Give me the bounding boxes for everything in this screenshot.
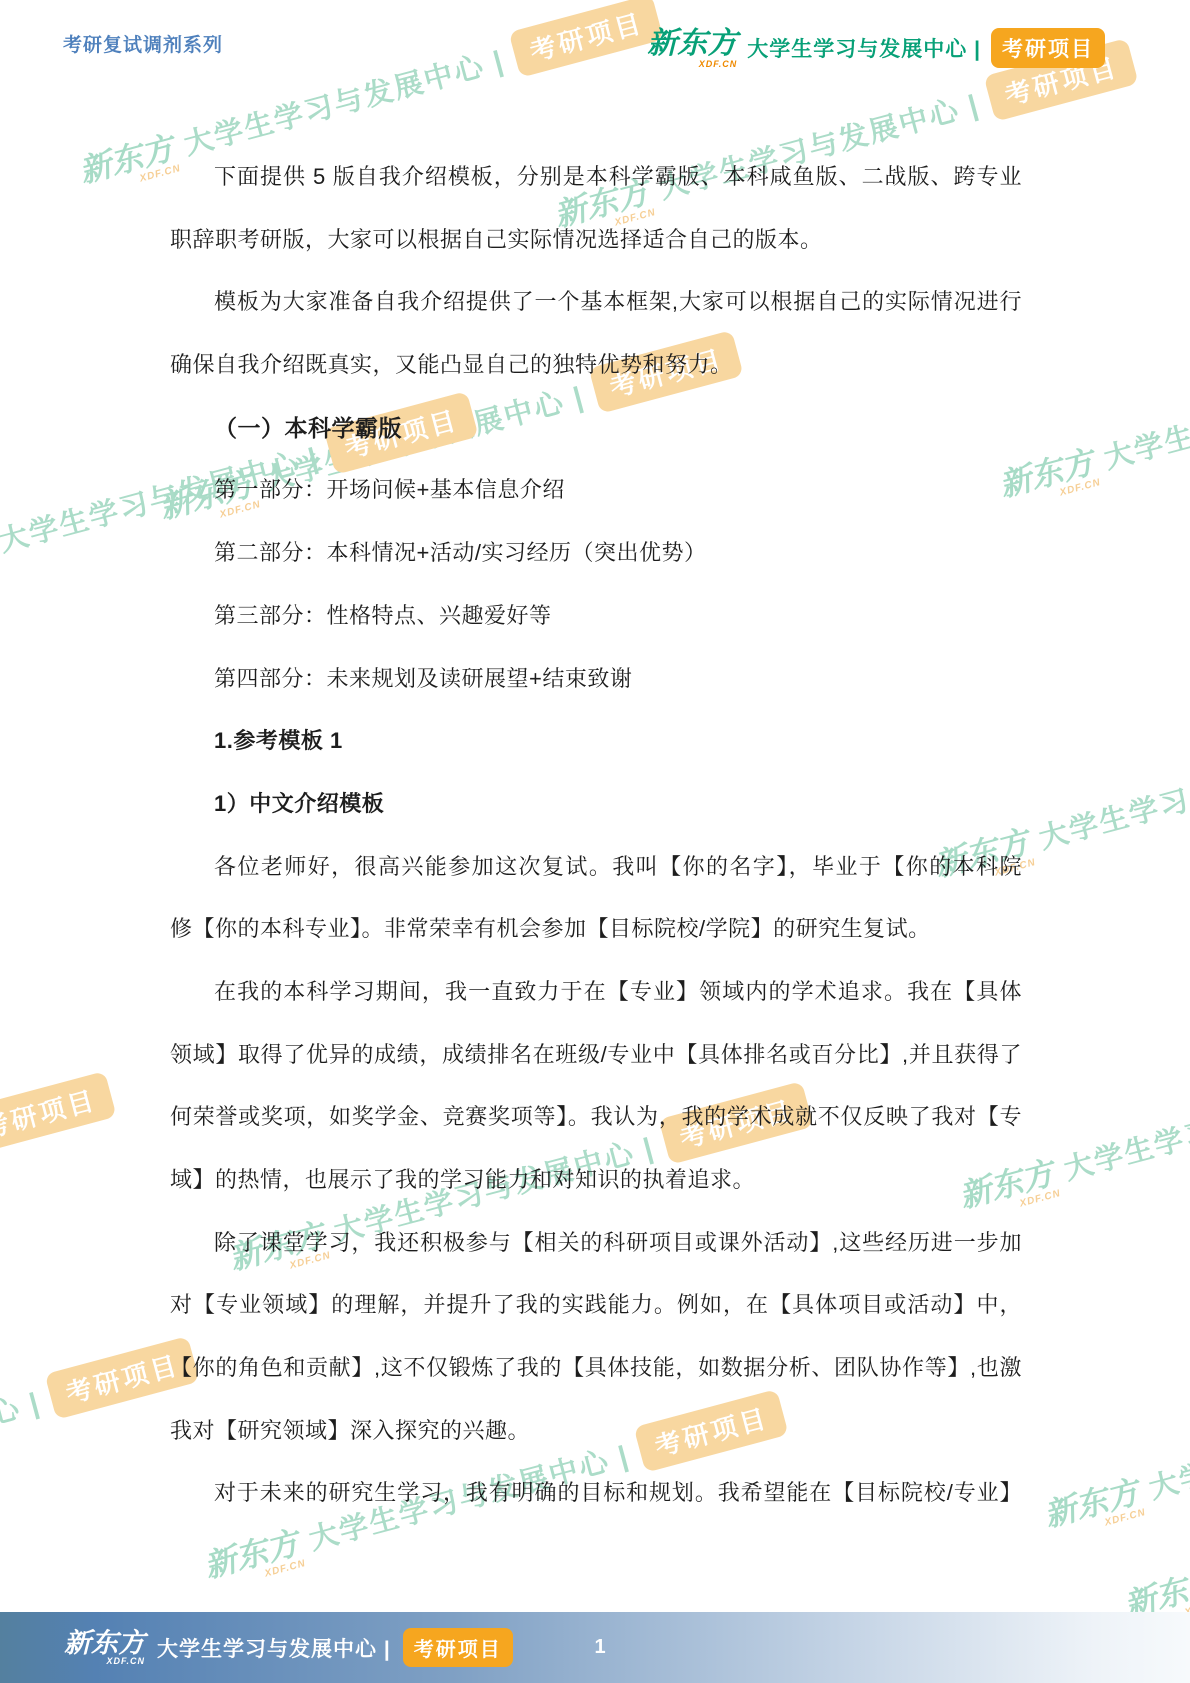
body-line: 何荣誉或奖项，如奖学金、竞赛奖项等】。我认为，我的学术成就不仅反映了我对【专业领 [170, 1086, 1022, 1149]
watermark-text: 大学生学习与发展中心 | [1059, 1063, 1190, 1188]
watermark-text: 大学生学习与发展中心 | [1034, 732, 1190, 857]
watermark-tile: 新东方XDF.CN大学生学习与发展中心 |考研项目 [994, 308, 1190, 508]
body-line: 在我的本科学习期间，我一直致力于在【专业】领域内的学术追求。我在【具体课程或 [170, 961, 1022, 1024]
brand-logo-text: 新东方 [647, 27, 737, 60]
body-line: 修【你的本科专业】。非常荣幸有机会参加【目标院校/学院】的研究生复试。 [170, 898, 1022, 961]
watermark-text: 大学生学习与发展中心 | [1144, 1382, 1190, 1507]
body-line: 1）中文介绍模板 [170, 773, 1022, 836]
body-line: 第三部分：性格特点、兴趣爱好等 [170, 585, 1022, 648]
footer-logo: 新东方 XDF.CN [64, 1630, 145, 1666]
brand-center-name: 大学生学习与发展中心 | [747, 33, 981, 63]
watermark-tile: 新东方XDF.CN大学生学习与发展中心 |考研项目 [1039, 1338, 1190, 1538]
watermark-logo-sub: XDF.CN [1019, 1189, 1062, 1210]
footer-bar: 新东方 XDF.CN 大学生学习与发展中心 | 考研项目 1 [0, 1612, 1190, 1683]
watermark-tile: 新东方XDF.CN大学生学习与发展中心 |考研项目 [1119, 1428, 1190, 1628]
watermark-logo: 新东方XDF.CN [1041, 1475, 1142, 1531]
body-line: 第二部分：本科情况+活动/实习经历（突出优势） [170, 522, 1022, 585]
watermark-logo-sub: XDF.CN [1059, 478, 1102, 499]
watermark-logo: 新东方XDF.CN [201, 1526, 302, 1582]
body-line: 除了课堂学习，我还积极参与【相关的科研项目或课外活动】,这些经历进一步加深了我 [170, 1212, 1022, 1275]
header-brand: 新东方 XDF.CN 大学生学习与发展中心 | 考研项目 [647, 28, 1105, 68]
footer-logo-sub: XDF.CN [106, 1657, 145, 1666]
watermark-badge: 考研项目 [0, 1071, 117, 1155]
footer-center-name: 大学生学习与发展中心 | [157, 1633, 391, 1663]
watermark-text: 大学生学习与发展中心 | [0, 1380, 45, 1505]
body-line: 第四部分：未来规划及读研展望+结束致谢 [170, 648, 1022, 711]
footer-logo-text: 新东方 [64, 1628, 145, 1658]
body-line: 我对【研究领域】深入探究的兴趣。 [170, 1400, 1022, 1463]
watermark-logo: 新东方XDF.CN [76, 131, 177, 187]
watermark-badge: 考研项目 [509, 0, 664, 78]
body-line: 模板为大家准备自我介绍提供了一个基本框架,大家可以根据自己的实际情况进行调整， [170, 271, 1022, 334]
brand-badge: 考研项目 [991, 28, 1105, 68]
body-line: 对于未来的研究生学习，我有明确的目标和规划。我希望能在【目标院校/专业】中继续 [170, 1462, 1022, 1525]
body-line: （一）本科学霸版 [170, 397, 1022, 460]
body-line: 第一部分：开场问候+基本信息介绍 [170, 459, 1022, 522]
series-title: 考研复试调剂系列 [63, 30, 223, 57]
body-line: 确保自我介绍既真实，又能凸显自己的独特优势和努力。 [170, 334, 1022, 397]
document-page: 新东方XDF.CN大学生学习与发展中心 |考研项目新东方XDF.CN大学生学习与… [0, 0, 1190, 1683]
body-line: 域】的热情，也展示了我的学习能力和对知识的执着追求。 [170, 1149, 1022, 1212]
page-number: 1 [560, 1612, 640, 1683]
document-body: 下面提供 5 版自我介绍模板，分别是本科学霸版、本科咸鱼版、二战版、跨专业版、在… [170, 146, 1022, 1525]
footer-badge: 考研项目 [403, 1628, 513, 1667]
brand-logo: 新东方 XDF.CN [647, 29, 737, 67]
body-line: 领域】取得了优异的成绩，成绩排名在班级/专业中【具体排名或百分比】,并且获得了【… [170, 1024, 1022, 1087]
watermark-text: 大学生学习与发展中心 | [179, 38, 509, 163]
watermark-logo-sub: XDF.CN [264, 1559, 307, 1580]
watermark-tile: 新东方XDF.CN大学生学习与发展中心 |考研项目 [0, 1071, 117, 1271]
body-line: 职辞职考研版，大家可以根据自己实际情况选择适合自己的版本。 [170, 209, 1022, 272]
body-line: 下面提供 5 版自我介绍模板，分别是本科学霸版、本科咸鱼版、二战版、跨专业版、在 [170, 146, 1022, 209]
watermark-text: 大学生学习与发展中心 | [1099, 352, 1190, 477]
watermark-logo-sub: XDF.CN [1104, 1508, 1147, 1529]
brand-logo-sub: XDF.CN [699, 60, 738, 69]
body-line: 1.参考模板 1 [170, 710, 1022, 773]
body-line: 各位老师好，很高兴能参加这次复试。我叫【你的名字】，毕业于【你的本科院校】，主 [170, 836, 1022, 899]
body-line: 对【专业领域】的理解，并提升了我的实践能力。例如，在【具体项目或活动】中，我负责 [170, 1274, 1022, 1337]
body-line: 【你的角色和贡献】,这不仅锻炼了我的【具体技能，如数据分析、团队协作等】,也激发… [170, 1337, 1022, 1400]
